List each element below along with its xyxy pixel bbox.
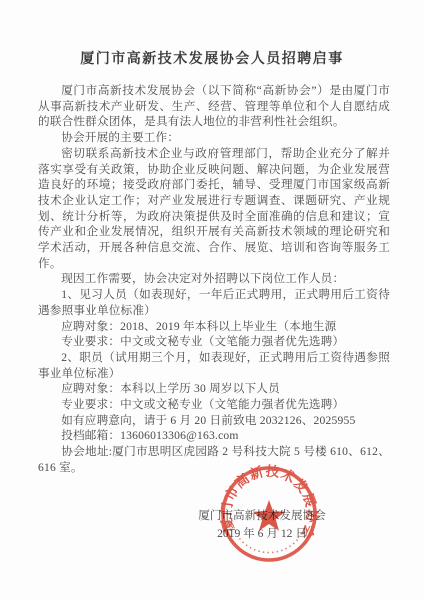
signature-block: 厦门市高新技术发展协会 2019 年 6 月 12 日 (172, 507, 352, 543)
paragraph-recruit-intro: 现因工作需要，协会决定对外招聘以下岗位工作人员： (38, 271, 390, 287)
paragraph-contact-email: 投档邮箱：13606013306@163.com (38, 428, 390, 444)
paragraph-position-1: 1、见习人员（如表现好，一年后正式聘用，正式聘用后工资待遇参照事业单位标准） (38, 287, 390, 318)
signature-org: 厦门市高新技术发展协会 (172, 507, 352, 525)
paragraph-work-heading: 协会开展的主要工作： (38, 130, 390, 146)
paragraph-position-2: 2、职员（试用期三个月，如表现好，正式聘用后工资待遇参照事业单位标准） (38, 350, 390, 381)
paragraph-position-2-target: 应聘对象：本科以上学历 30 周岁以下人员 (38, 381, 390, 397)
paragraph-position-2-major: 专业要求：中文或文秘专业（文笔能力强者优先选聘） (38, 397, 390, 413)
paragraph-address: 协会地址:厦门市思明区虎园路 2 号科技大院 5 号楼 610、612、616 … (38, 444, 390, 475)
paragraph-work-detail: 密切联系高新技术企业与政府管理部门，帮助企业充分了解并落实享受有关政策，协助企业… (38, 146, 390, 272)
document-title: 厦门市高新技术发展协会人员招聘启事 (20, 48, 404, 68)
paragraph-intro: 厦门市高新技术发展协会（以下简称“高新协会”）是由厦门市从事高新技术产业研发、生… (38, 83, 390, 130)
paragraph-contact-phone: 如有应聘意向，请于 6 月 20 日前致电 2032126、2025955 (38, 413, 390, 429)
signature-date: 2019 年 6 月 12 日 (172, 525, 352, 543)
document-body: 厦门市高新技术发展协会（以下简称“高新协会”）是由厦门市从事高新技术产业研发、生… (38, 83, 390, 476)
paragraph-position-1-major: 专业要求：中文或文秘专业（文笔能力强者优先选聘） (38, 334, 390, 350)
paragraph-position-1-target: 应聘对象：2018、2019 年本科以上毕业生（本地生源 (38, 319, 390, 335)
document-page: 厦门市高新技术发展协会人员招聘启事 厦门市高新技术发展协会（以下简称“高新协会”… (0, 0, 424, 600)
